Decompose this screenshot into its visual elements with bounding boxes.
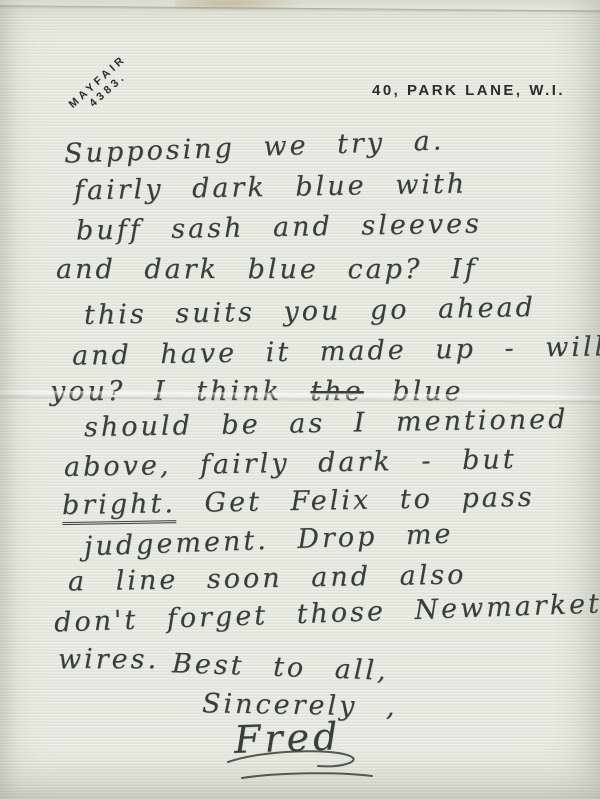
signature-flourish <box>222 748 382 784</box>
handwritten-line: and have it made up - will <box>72 331 600 371</box>
line-segment: should be as I mentioned <box>84 404 569 443</box>
line-segment: buff sash and sleeves <box>76 208 482 246</box>
handwritten-line: Supposing we try a. <box>64 125 445 169</box>
line-segment: and have it made up - will <box>72 331 600 371</box>
handwritten-line: should be as I mentioned <box>84 404 569 443</box>
line-segment: Get Felix to pass <box>176 482 535 519</box>
line-segment: wires. <box>58 644 159 675</box>
handwritten-line: bright. Get Felix to pass <box>62 482 535 521</box>
handwritten-line: this suits you go ahead <box>84 292 536 331</box>
line-segment: and dark blue cap? If <box>56 254 478 285</box>
line-segment: this suits you go ahead <box>84 292 536 331</box>
line-segment: a line soon and also <box>68 560 467 598</box>
line-segment: Supposing we try a. <box>64 125 445 169</box>
handwritten-line: and dark blue cap? If <box>56 254 478 285</box>
line-segment: above, fairly dark - but <box>64 444 517 483</box>
line-segment: judgement. Drop me <box>84 519 454 563</box>
handwritten-line: above, fairly dark - but <box>64 444 517 483</box>
closing-line: Best to all, <box>172 648 390 687</box>
handwritten-line: a line soon and also <box>68 560 467 598</box>
emphasized-word: bright. <box>62 488 177 525</box>
handwritten-line: judgement. Drop me <box>84 519 454 563</box>
handwritten-line: buff sash and sleeves <box>76 208 482 246</box>
line-segment: fairly dark blue with <box>74 169 468 207</box>
line-segment: Best to all, <box>172 648 390 687</box>
letter-page: MAYFAIR 4383. 40, PARK LANE, W.I. Suppos… <box>0 0 600 799</box>
handwritten-line: fairly dark blue with <box>74 169 468 207</box>
handwritten-line: wires. <box>58 644 159 675</box>
